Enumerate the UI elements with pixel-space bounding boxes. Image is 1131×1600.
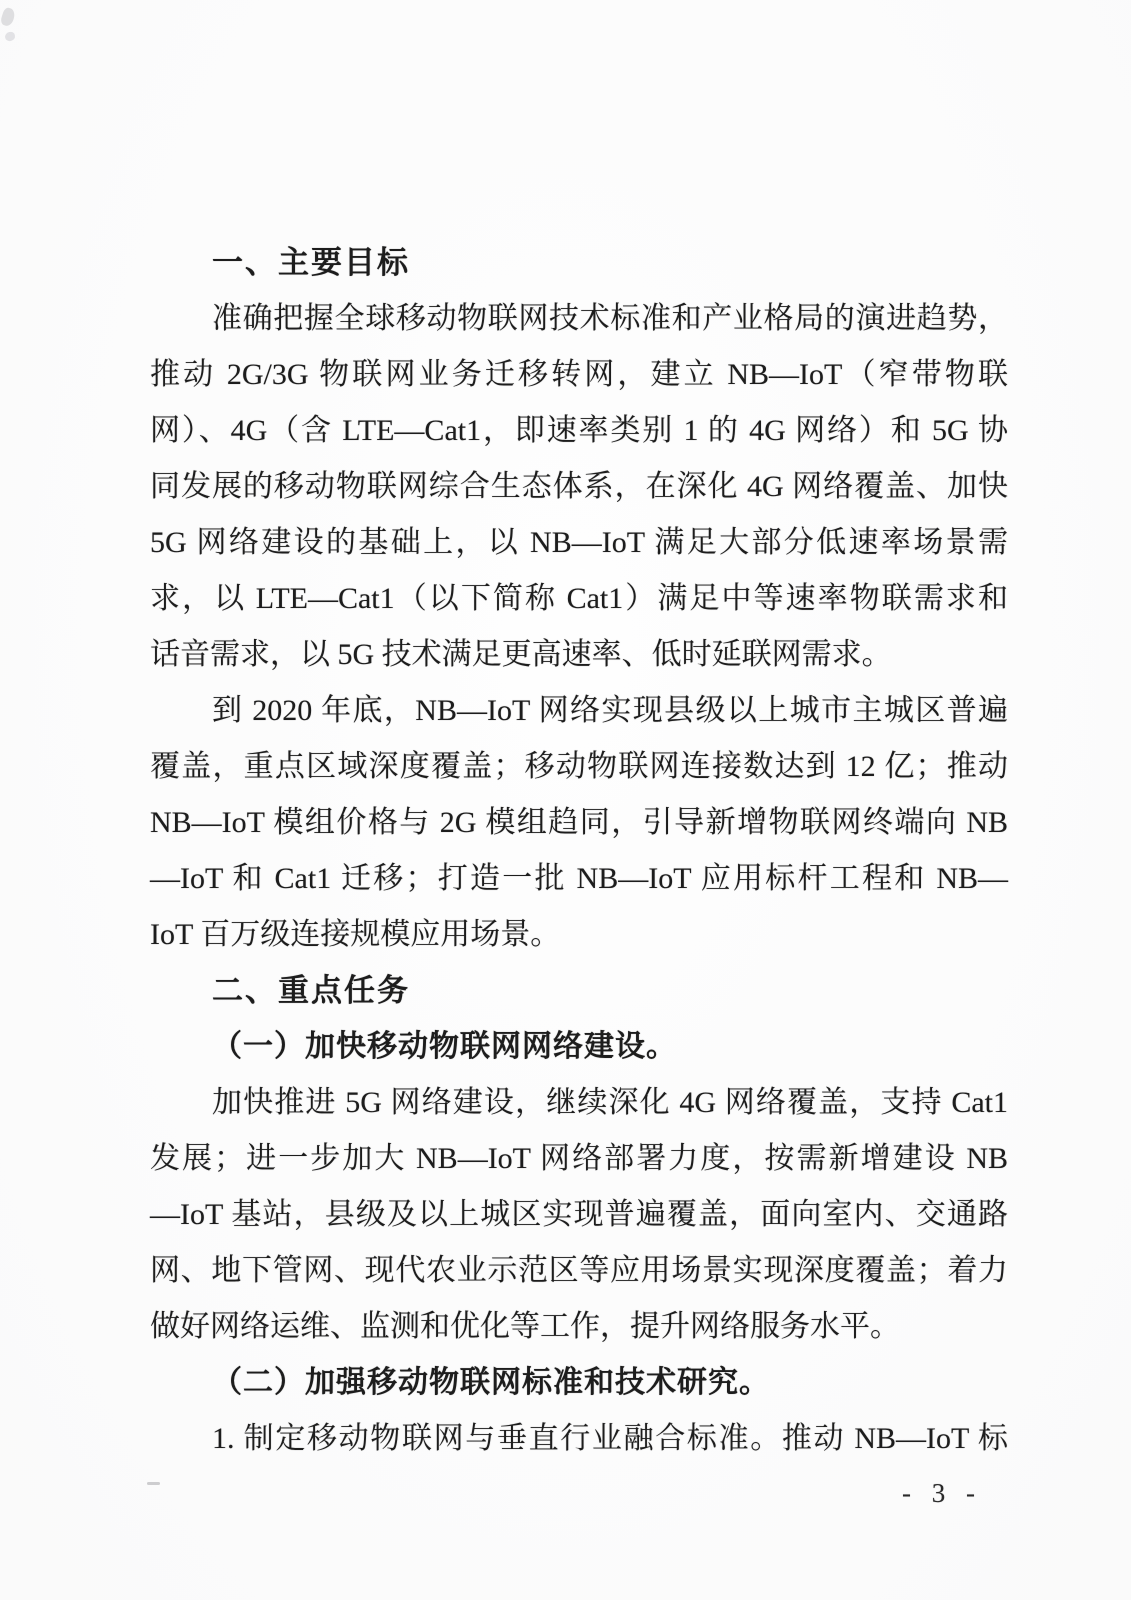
text-line: 网、地下管网、现代农业示范区等应用场景实现深度覆盖；着力	[150, 1243, 1008, 1299]
text-line: 二、重点任务	[150, 963, 1008, 1019]
text-line: 推动 2G/3G 物联网业务迁移转网，建立 NB—IoT（窄带物联	[150, 347, 1008, 403]
text-line: 5G 网络建设的基础上，以 NB—IoT 满足大部分低速率场景需	[150, 515, 1008, 571]
page-number: - 3 -	[902, 1478, 982, 1509]
text-line: 加快推进 5G 网络建设，继续深化 4G 网络覆盖，支持 Cat1	[150, 1075, 1008, 1131]
text-line: 到 2020 年底，NB—IoT 网络实现县级以上城市主城区普遍	[150, 683, 1008, 739]
text-line: 做好网络运维、监测和优化等工作，提升网络服务水平。	[150, 1299, 1008, 1355]
document-text-block: 一、主要目标准确把握全球移动物联网技术标准和产业格局的演进趋势，推动 2G/3G…	[150, 235, 1008, 1467]
text-line: IoT 百万级连接规模应用场景。	[150, 907, 1008, 963]
scan-dash-artifact	[147, 1482, 160, 1485]
text-line: 准确把握全球移动物联网技术标准和产业格局的演进趋势，	[150, 291, 1008, 347]
text-line: 话音需求，以 5G 技术满足更高速率、低时延联网需求。	[150, 627, 1008, 683]
text-line: （二）加强移动物联网标准和技术研究。	[150, 1355, 1008, 1411]
text-line: 发展；进一步加大 NB—IoT 网络部署力度，按需新增建设 NB	[150, 1131, 1008, 1187]
text-line: NB—IoT 模组价格与 2G 模组趋同，引导新增物联网终端向 NB	[150, 795, 1008, 851]
scan-smudge-artifact	[4, 31, 16, 42]
text-line: 同发展的移动物联网综合生态体系，在深化 4G 网络覆盖、加快	[150, 459, 1008, 515]
text-line: —IoT 和 Cat1 迁移；打造一批 NB—IoT 应用标杆工程和 NB—	[150, 851, 1008, 907]
text-line: （一）加快移动物联网网络建设。	[150, 1019, 1008, 1075]
scan-smudge-artifact	[0, 7, 16, 28]
text-line: 网）、4G（含 LTE—Cat1，即速率类别 1 的 4G 网络）和 5G 协	[150, 403, 1008, 459]
text-line: 1. 制定移动物联网与垂直行业融合标准。推动 NB—IoT 标	[150, 1411, 1008, 1467]
document-page: 一、主要目标准确把握全球移动物联网技术标准和产业格局的演进趋势，推动 2G/3G…	[0, 0, 1131, 1600]
text-line: 求，以 LTE—Cat1（以下简称 Cat1）满足中等速率物联需求和	[150, 571, 1008, 627]
text-line: 覆盖，重点区域深度覆盖；移动物联网连接数达到 12 亿；推动	[150, 739, 1008, 795]
text-line: —IoT 基站，县级及以上城区实现普遍覆盖，面向室内、交通路	[150, 1187, 1008, 1243]
text-line: 一、主要目标	[150, 235, 1008, 291]
